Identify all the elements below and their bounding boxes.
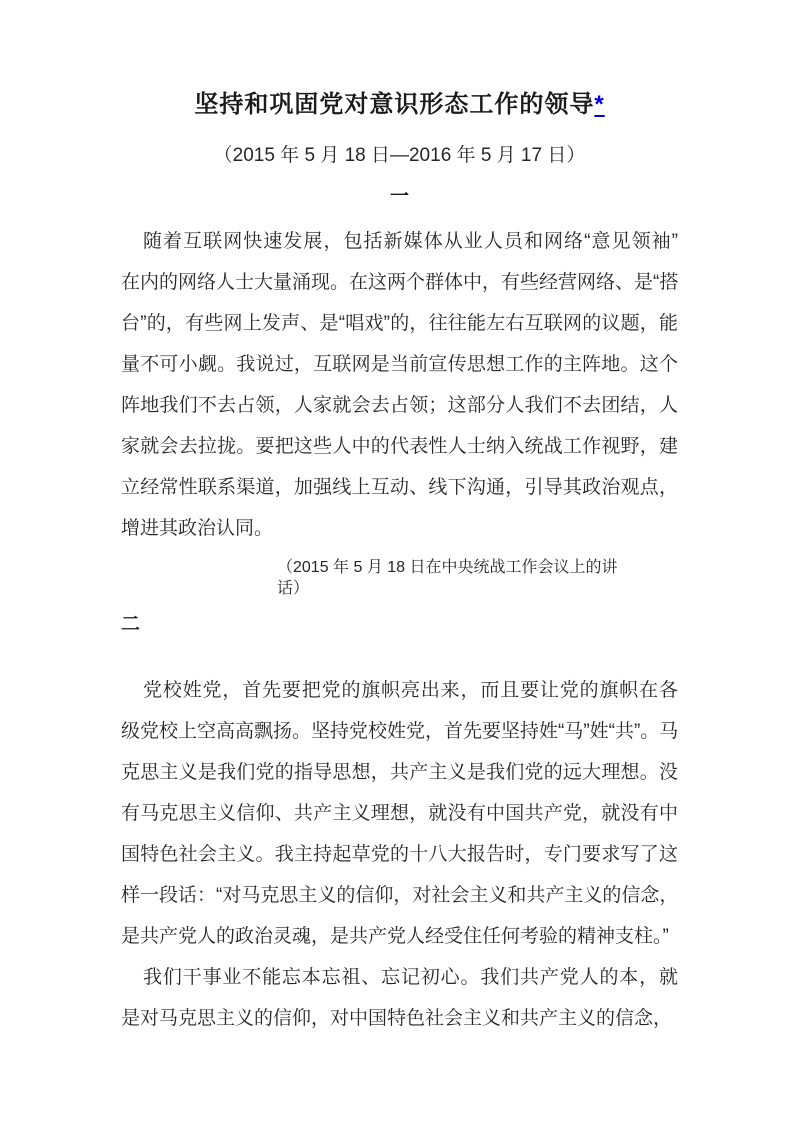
paragraph-line: 国特色社会主义。我主持起草党的十八大报告时，专门要求写了这 bbox=[121, 834, 678, 875]
paragraph-line: 量不可小觑。我说过，互联网是当前宣传思想工作的主阵地。这个 bbox=[121, 344, 678, 385]
paragraph-line: 阵地我们不去占领，人家就会去占领；这部分人我们不去团结，人 bbox=[121, 385, 678, 426]
citation-line: （2015 年 5 月 18 日在中央统战工作会议上的讲 bbox=[277, 557, 678, 578]
paragraph-line: 我们干事业不能忘本忘祖、忘记初心。我们共产党人的本，就 bbox=[121, 957, 678, 998]
paragraph-line: 克思主义是我们党的指导思想，共产主义是我们党的远大理想。没 bbox=[121, 752, 678, 793]
body-paragraph: 随着互联网快速发展，包括新媒体从业人员和网络“意见领袖”在内的网络人士大量涌现。… bbox=[121, 221, 678, 549]
paragraph-line: 党校姓党，首先要把党的旗帜亮出来，而且要让党的旗帜在各 bbox=[121, 670, 678, 711]
citation-line: 话） bbox=[277, 578, 678, 599]
document-content: 坚持和巩固党对意识形态工作的领导* （2015 年 5 月 18 日—2016 … bbox=[121, 0, 678, 1039]
paragraph-line: 有马克思主义信仰、共产主义理想，就没有中国共产党，就没有中 bbox=[121, 793, 678, 834]
body-paragraph: 我们干事业不能忘本忘祖、忘记初心。我们共产党人的本，就是对马克思主义的信仰，对中… bbox=[121, 957, 678, 1039]
section-marker: 二 bbox=[121, 613, 678, 637]
paragraph-line: 家就会去拉拢。要把这些人中的代表性人士纳入统战工作视野，建 bbox=[121, 426, 678, 467]
paragraph-line: 级党校上空高高飘扬。坚持党校姓党，首先要坚持姓“马”姓“共”。马 bbox=[121, 711, 678, 752]
paragraph-line: 台”的，有些网上发声、是“唱戏”的，往往能左右互联网的议题，能 bbox=[121, 303, 678, 344]
section-marker: 一 bbox=[121, 185, 678, 209]
document-body: 一随着互联网快速发展，包括新媒体从业人员和网络“意见领袖”在内的网络人士大量涌现… bbox=[121, 185, 678, 1039]
paragraph-line: 增进其政治认同。 bbox=[121, 508, 678, 549]
paragraph-line: 在内的网络人士大量涌现。在这两个群体中，有些经营网络、是“搭 bbox=[121, 262, 678, 303]
document-title: 坚持和巩固党对意识形态工作的领导* bbox=[121, 0, 678, 122]
paragraph-line: 立经常性联系渠道，加强线上互动、线下沟通，引导其政治观点， bbox=[121, 467, 678, 508]
document-title-text: 坚持和巩固党对意识形态工作的领导 bbox=[194, 91, 594, 118]
paragraph-line: 随着互联网快速发展，包括新媒体从业人员和网络“意见领袖” bbox=[121, 221, 678, 262]
document-date-range: （2015 年 5 月 18 日—2016 年 5 月 17 日） bbox=[121, 143, 678, 169]
speech-citation: （2015 年 5 月 18 日在中央统战工作会议上的讲话） bbox=[277, 557, 678, 599]
footnote-asterisk-link[interactable]: * bbox=[594, 91, 604, 118]
body-paragraph: 党校姓党，首先要把党的旗帜亮出来，而且要让党的旗帜在各级党校上空高高飘扬。坚持党… bbox=[121, 670, 678, 957]
paragraph-line: 样一段话：“对马克思主义的信仰，对社会主义和共产主义的信念， bbox=[121, 875, 678, 916]
document-page: 坚持和巩固党对意识形态工作的领导* （2015 年 5 月 18 日—2016 … bbox=[0, 0, 800, 1130]
paragraph-line: 是对马克思主义的信仰，对中国特色社会主义和共产主义的信念， bbox=[121, 998, 678, 1039]
paragraph-line: 是共产党人的政治灵魂，是共产党人经受住任何考验的精神支柱。” bbox=[121, 916, 678, 957]
